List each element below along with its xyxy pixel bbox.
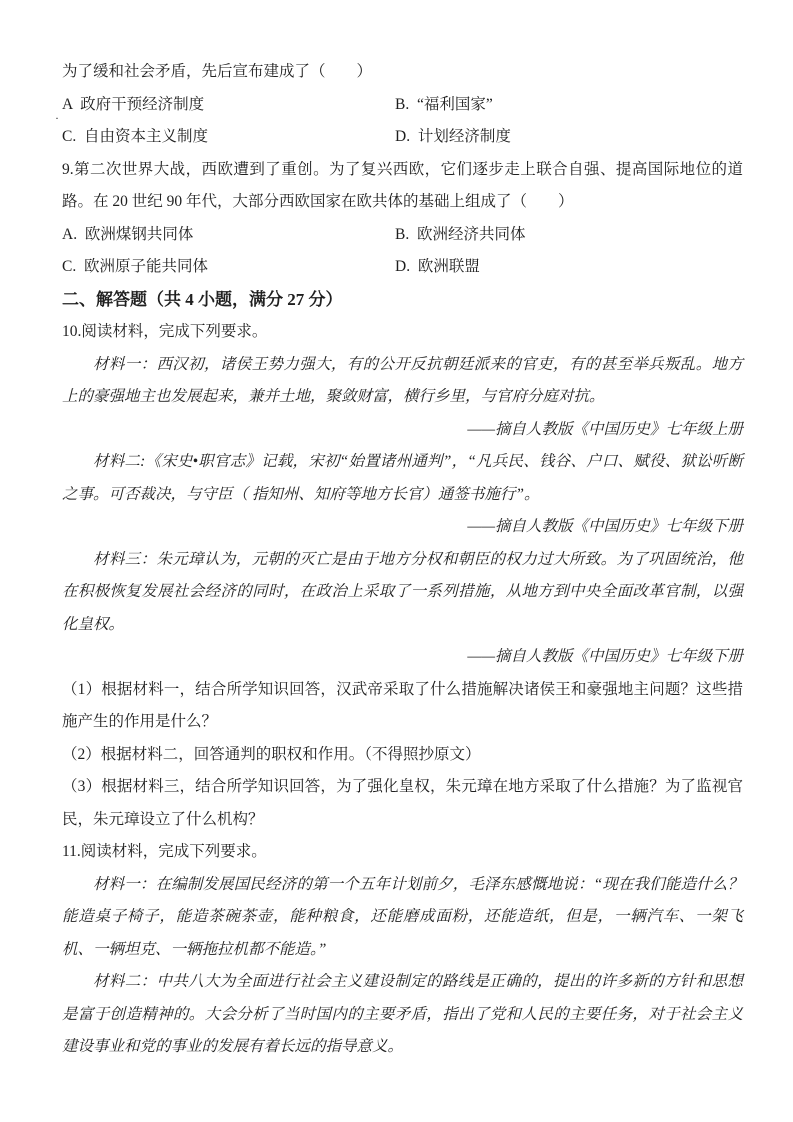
stray-print-artifact: · (55, 112, 59, 124)
question10-subquestion-3: （3）根据材料三，结合所学知识回答，为了强化皇权，朱元璋在地方采取了什么措施？为… (62, 771, 743, 836)
question10-subquestion-2: （2）根据材料二，回答通判的职权和作用。（不得照抄原文） (62, 739, 743, 772)
question9-option-a: A. 欧洲煤钢共同体 (62, 219, 395, 252)
question8-option-a: A 政府干预经济制度 (62, 89, 395, 122)
question11-material2: 材料二：中共八大为全面进行社会主义建设制定的路线是正确的，提出的许多新的方针和思… (62, 966, 743, 1064)
question9-option-d: D. 欧洲联盟 (395, 251, 743, 284)
question10-subquestion-1: （1）根据材料一，结合所学知识回答，汉武帝采取了什么措施解决诸侯王和豪强地主问题… (62, 674, 743, 739)
question9-options-row-2: C. 欧洲原子能共同体 D. 欧洲联盟 (62, 251, 743, 284)
question8-options-row-2: C. 自由资本主义制度 D. 计划经济制度 (62, 121, 743, 154)
question8-option-c: C. 自由资本主义制度 (62, 121, 395, 154)
question10-material3: 材料三：朱元璋认为，元朝的灭亡是由于地方分权和朝臣的权力过大所致。为了巩固统治，… (62, 544, 743, 642)
question9-option-c: C. 欧洲原子能共同体 (62, 251, 395, 284)
question9-options-row-1: A. 欧洲煤钢共同体 B. 欧洲经济共同体 (62, 219, 743, 252)
question8-stem: 为了缓和社会矛盾，先后宣布建成了（ ） (62, 56, 743, 89)
question10-citation1: ——摘自人教版《中国历史》七年级上册 (62, 414, 743, 447)
question11-lead: 11.阅读材料，完成下列要求。 (62, 836, 743, 869)
question10-citation3: ——摘自人教版《中国历史》七年级下册 (62, 641, 743, 674)
question10-citation2: ——摘自人教版《中国历史》七年级下册 (62, 511, 743, 544)
question10-material2: 材料二:《宋史•职官志》记载，宋初“始置诸州通判”，“凡兵民、钱谷、户口、赋役、… (62, 446, 743, 511)
question9-option-b: B. 欧洲经济共同体 (395, 219, 743, 252)
exam-paper-page: 为了缓和社会矛盾，先后宣布建成了（ ） A 政府干预经济制度 B. “福利国家”… (0, 0, 793, 1122)
question8-options-row-1: A 政府干预经济制度 B. “福利国家” (62, 89, 743, 122)
question8-option-d: D. 计划经济制度 (395, 121, 743, 154)
question11-material1: 材料一：在编制发展国民经济的第一个五年计划前夕，毛泽东感慨地说：“现在我们能造什… (62, 869, 743, 967)
section2-heading: 二、解答题（共 4 小题，满分 27 分） (62, 284, 743, 317)
question10-material1: 材料一：西汉初，诸侯王势力强大，有的公开反抗朝廷派来的官吏，有的甚至举兵叛乱。地… (62, 349, 743, 414)
question8-option-b: B. “福利国家” (395, 89, 743, 122)
question9-stem: 9.第二次世界大战，西欧遭到了重创。为了复兴西欧，它们逐步走上联合自强、提高国际… (62, 154, 743, 219)
question10-lead: 10.阅读材料，完成下列要求。 (62, 316, 743, 349)
